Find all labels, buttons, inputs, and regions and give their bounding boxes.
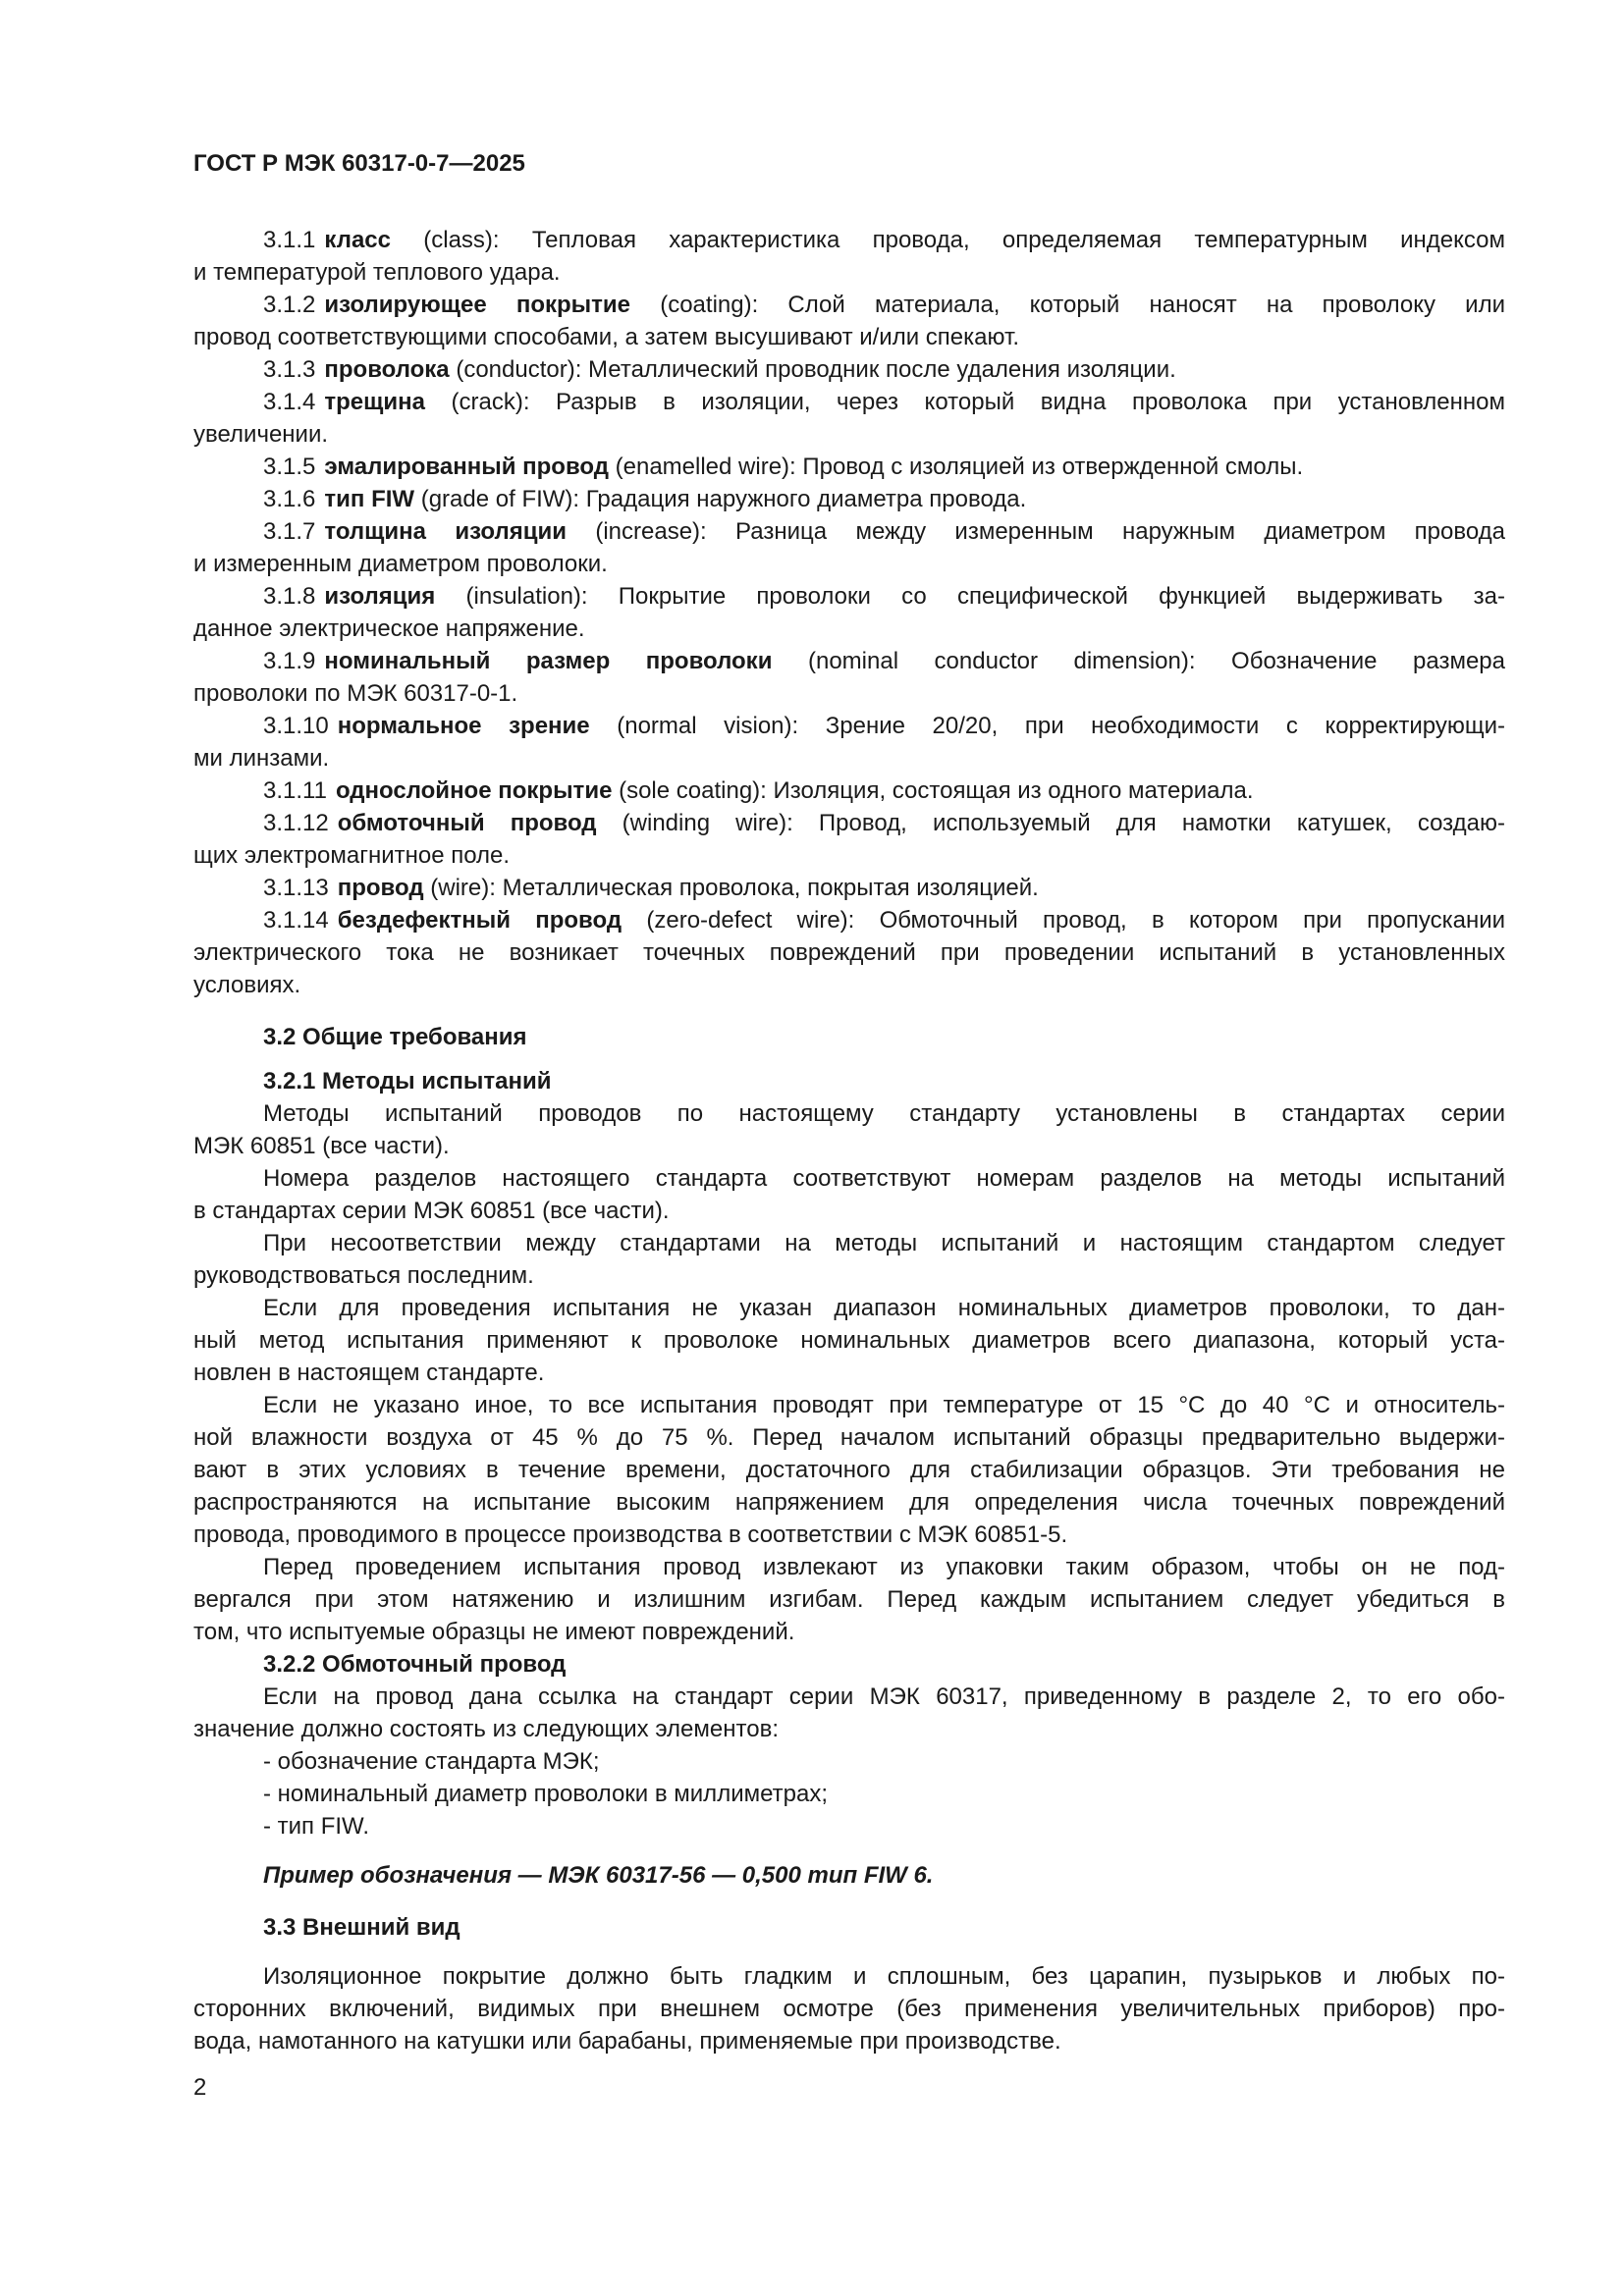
definition-item: 3.1.7толщина изоляции (increase): Разниц… [193, 515, 1505, 580]
definition-number: 3.1.12 [263, 810, 329, 836]
definition-item: 3.1.9номинальный размер проволоки (nomin… [193, 645, 1505, 710]
text-line: щих электромагнитное поле. [193, 839, 1505, 872]
text-line: ми линзами. [193, 742, 1505, 774]
section-3-2-2-body: Если на провод дана ссылка на стандарт с… [193, 1681, 1505, 1745]
paragraph: Номера разделов настоящего стандарта соо… [193, 1162, 1505, 1227]
definition-number: 3.1.8 [263, 583, 315, 610]
definition-term: тип FIW [324, 486, 414, 512]
section-heading-3-3: 3.3 Внешний вид [193, 1911, 1505, 1944]
definition-number: 3.1.11 [263, 777, 327, 804]
definition-item: 3.1.2изолирующее покрытие (coating): Сло… [193, 289, 1505, 353]
paragraph: Методы испытаний проводов по настоящему … [193, 1097, 1505, 1162]
paragraph: Изоляционное покрытие должно быть гладки… [193, 1960, 1505, 2057]
paragraph: Если не указано иное, то все испытания п… [193, 1389, 1505, 1551]
definition-item: 3.1.13провод (wire): Металлическая прово… [193, 872, 1505, 904]
definition-term: однослойное покрытие [336, 777, 612, 804]
text-line: Если на провод дана ссылка на стандарт с… [193, 1681, 1505, 1713]
definitions-list: 3.1.1класс (class): Тепловая характерист… [193, 224, 1505, 1001]
designation-example: Пример обозначения — МЭК 60317-56 — 0,50… [193, 1859, 1505, 1892]
definition-item: 3.1.3проволока (conductor): Металлически… [193, 353, 1505, 386]
text-line: ный метод испытания применяют к проволок… [193, 1324, 1505, 1357]
text-line: том, что испытуемые образцы не имеют пов… [193, 1616, 1505, 1648]
section-heading-3-2-1: 3.2.1 Методы испытаний [193, 1065, 1505, 1097]
definition-number: 3.1.6 [263, 486, 315, 512]
text-line: провод соответствующими способами, а зат… [193, 321, 1505, 353]
text-line: 3.1.13провод (wire): Металлическая прово… [193, 872, 1505, 904]
text-line: 3.1.7толщина изоляции (increase): Разниц… [193, 515, 1505, 548]
definition-number: 3.1.7 [263, 518, 315, 545]
section-3-3-body: Изоляционное покрытие должно быть гладки… [193, 1960, 1505, 2057]
paragraph: При несоответствии между стандартами на … [193, 1227, 1505, 1292]
text-line: 3.1.14бездефектный провод (zero-defect w… [193, 904, 1505, 936]
text-line: При несоответствии между стандартами на … [193, 1227, 1505, 1259]
text-line: значение должно состоять из следующих эл… [193, 1713, 1505, 1745]
definition-number: 3.1.2 [263, 292, 315, 318]
document-body: 3.1.1класс (class): Тепловая характерист… [193, 224, 1505, 2057]
paragraph: Перед проведением испытания провод извле… [193, 1551, 1505, 1648]
text-line: провода, проводимого в процессе производ… [193, 1519, 1505, 1551]
definition-term: номинальный размер проволоки [324, 648, 772, 674]
definition-term: провод [338, 875, 424, 901]
definition-number: 3.1.4 [263, 389, 315, 415]
text-line: электрического тока не возникает точечны… [193, 936, 1505, 969]
text-line: 3.1.10нормальное зрение (normal vision):… [193, 710, 1505, 742]
text-line: Перед проведением испытания провод извле… [193, 1551, 1505, 1583]
text-line: Методы испытаний проводов по настоящему … [193, 1097, 1505, 1130]
text-line: 3.1.9номинальный размер проволоки (nomin… [193, 645, 1505, 677]
text-line: вергался при этом натяжению и излишним и… [193, 1583, 1505, 1616]
definition-term: обмоточный провод [338, 810, 597, 836]
text-line: и температурой теплового удара. [193, 256, 1505, 289]
section-heading-3-2-2: 3.2.2 Обмоточный провод [193, 1648, 1505, 1681]
text-line: ной влажности воздуха от 45 % до 75 %. П… [193, 1421, 1505, 1454]
definition-term: изоляция [324, 583, 435, 610]
text-line: вода, намотанного на катушки или барабан… [193, 2025, 1505, 2057]
definition-item: 3.1.11однослойное покрытие (sole coating… [193, 774, 1505, 807]
list-item: - номинальный диаметр проволоки в миллим… [193, 1778, 1505, 1810]
paragraph: Если на провод дана ссылка на стандарт с… [193, 1681, 1505, 1745]
text-line: 3.1.12обмоточный провод (winding wire): … [193, 807, 1505, 839]
text-line: новлен в настоящем стандарте. [193, 1357, 1505, 1389]
document-header: ГОСТ Р МЭК 60317-0-7—2025 [193, 147, 525, 180]
list-item: - тип FIW. [193, 1810, 1505, 1842]
text-line: распространяются на испытание высоким на… [193, 1486, 1505, 1519]
text-line: 3.1.1класс (class): Тепловая характерист… [193, 224, 1505, 256]
text-line: Номера разделов настоящего стандарта соо… [193, 1162, 1505, 1195]
definition-number: 3.1.13 [263, 875, 329, 901]
definition-number: 3.1.10 [263, 713, 329, 739]
text-line: сторонних включений, видимых при внешнем… [193, 1993, 1505, 2025]
text-line: 3.1.11однослойное покрытие (sole coating… [193, 774, 1505, 807]
page-number: 2 [193, 2071, 206, 2104]
text-line: данное электрическое напряжение. [193, 613, 1505, 645]
definition-term: проволока [324, 356, 449, 383]
definition-term: эмалированный провод [324, 454, 609, 480]
definition-item: 3.1.10нормальное зрение (normal vision):… [193, 710, 1505, 774]
text-line: 3.1.2изолирующее покрытие (coating): Сло… [193, 289, 1505, 321]
definition-item: 3.1.1класс (class): Тепловая характерист… [193, 224, 1505, 289]
definition-term: толщина изоляции [324, 518, 567, 545]
definition-item: 3.1.5эмалированный провод (enamelled wir… [193, 451, 1505, 483]
definition-item: 3.1.6тип FIW (grade of FIW): Градация на… [193, 483, 1505, 515]
definition-item: 3.1.4трещина (crack): Разрыв в изоляции,… [193, 386, 1505, 451]
designation-elements-list: - обозначение стандарта МЭК;- номинальны… [193, 1745, 1505, 1842]
text-line: и измеренным диаметром проволоки. [193, 548, 1505, 580]
definition-number: 3.1.9 [263, 648, 315, 674]
definition-item: 3.1.12обмоточный провод (winding wire): … [193, 807, 1505, 872]
text-line: Если не указано иное, то все испытания п… [193, 1389, 1505, 1421]
text-line: условиях. [193, 969, 1505, 1001]
definition-item: 3.1.8изоляция (insulation): Покрытие про… [193, 580, 1505, 645]
definition-item: 3.1.14бездефектный провод (zero-defect w… [193, 904, 1505, 1001]
text-line: МЭК 60851 (все части). [193, 1130, 1505, 1162]
text-line: в стандартах серии МЭК 60851 (все части)… [193, 1195, 1505, 1227]
definition-term: класс [324, 227, 391, 253]
text-line: 3.1.5эмалированный провод (enamelled wir… [193, 451, 1505, 483]
text-line: проволоки по МЭК 60317-0-1. [193, 677, 1505, 710]
text-line: Если для проведения испытания не указан … [193, 1292, 1505, 1324]
definition-number: 3.1.3 [263, 356, 315, 383]
text-line: вают в этих условиях в течение времени, … [193, 1454, 1505, 1486]
text-line: 3.1.8изоляция (insulation): Покрытие про… [193, 580, 1505, 613]
definition-number: 3.1.14 [263, 907, 329, 934]
text-line: увеличении. [193, 418, 1505, 451]
definition-number: 3.1.1 [263, 227, 315, 253]
text-line: 3.1.6тип FIW (grade of FIW): Градация на… [193, 483, 1505, 515]
list-item: - обозначение стандарта МЭК; [193, 1745, 1505, 1778]
section-3-2-1-body: Методы испытаний проводов по настоящему … [193, 1097, 1505, 1648]
definition-term: бездефектный провод [338, 907, 622, 934]
paragraph: Если для проведения испытания не указан … [193, 1292, 1505, 1389]
definition-term: трещина [324, 389, 425, 415]
text-line: Изоляционное покрытие должно быть гладки… [193, 1960, 1505, 1993]
text-line: 3.1.3проволока (conductor): Металлически… [193, 353, 1505, 386]
definition-term: изолирующее покрытие [324, 292, 630, 318]
definition-number: 3.1.5 [263, 454, 315, 480]
definition-term: нормальное зрение [338, 713, 590, 739]
text-line: руководствоваться последним. [193, 1259, 1505, 1292]
text-line: 3.1.4трещина (crack): Разрыв в изоляции,… [193, 386, 1505, 418]
section-heading-3-2: 3.2 Общие требования [193, 1021, 1505, 1053]
